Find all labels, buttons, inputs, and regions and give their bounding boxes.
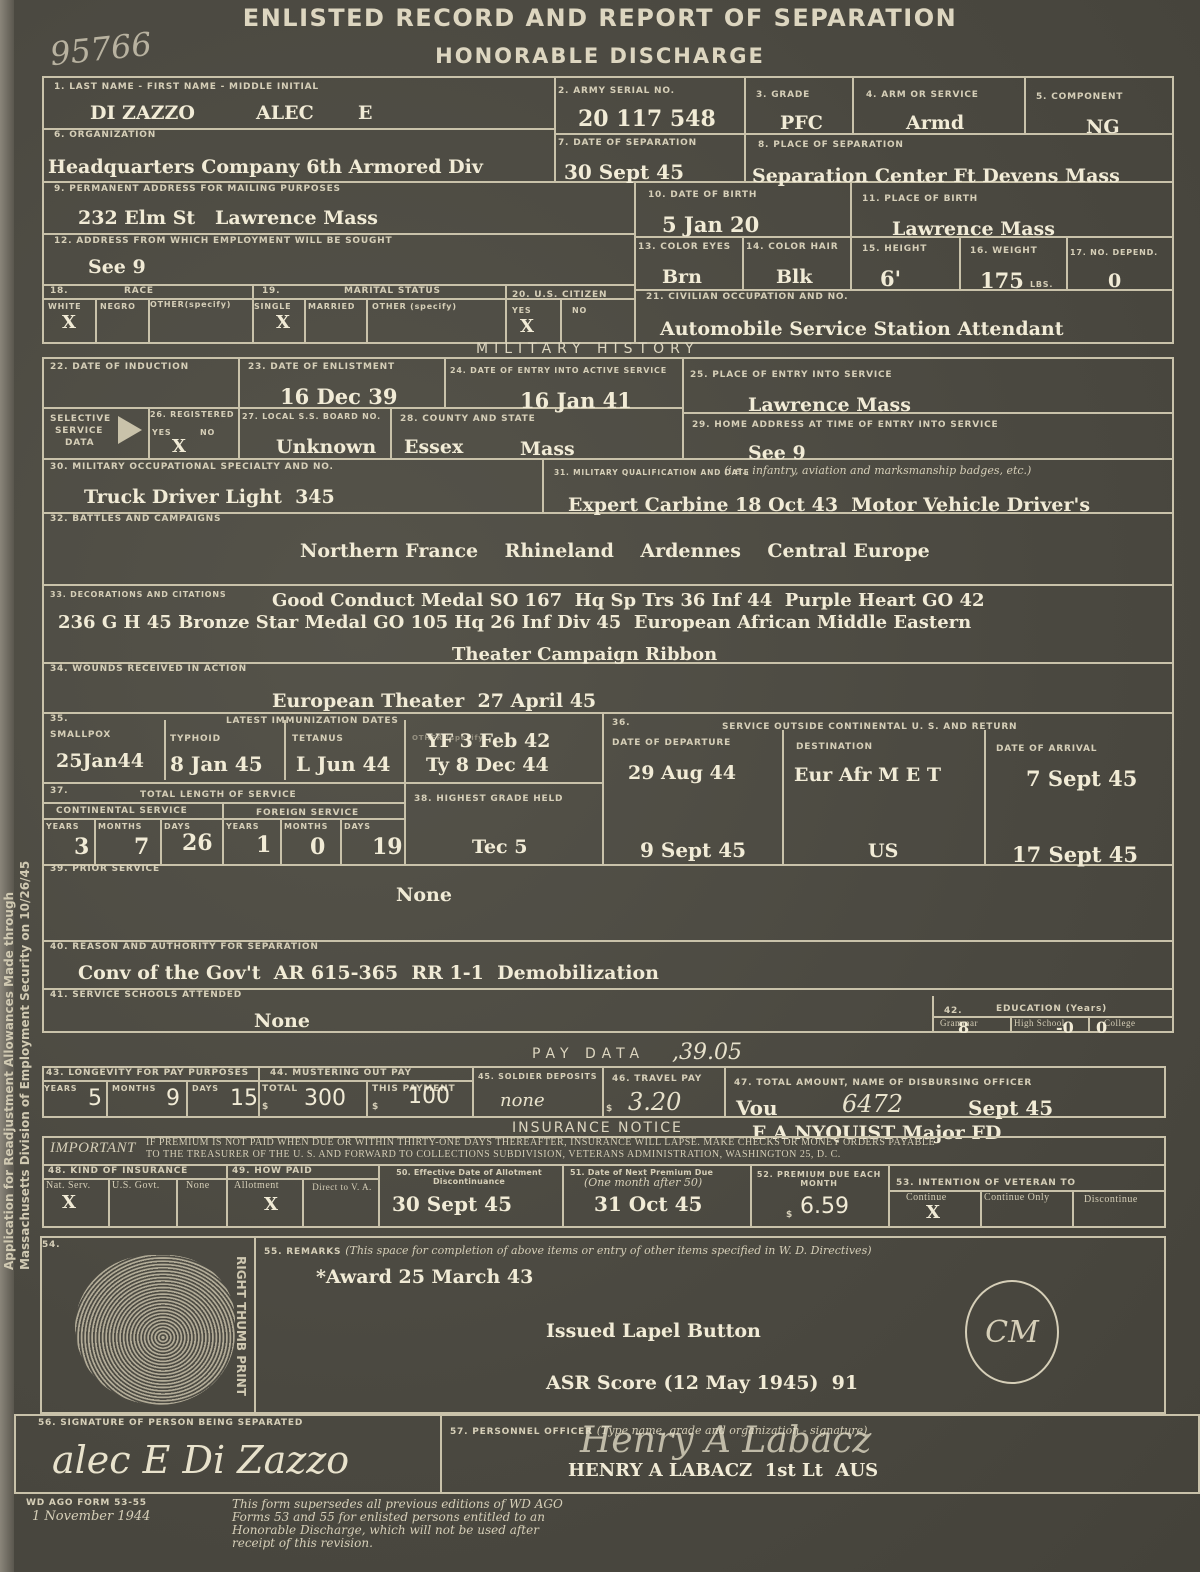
date-of-birth: 5 Jan 20 xyxy=(662,212,759,237)
typhoid-date: 8 Jan 45 xyxy=(170,752,263,776)
remark-asr-score: ASR Score (12 May 1945) 91 xyxy=(546,1372,858,1394)
eye-color: Brn xyxy=(662,266,702,288)
decorations-line-1: Good Conduct Medal SO 167 Hq Sp Trs 36 I… xyxy=(272,590,985,611)
height: 6' xyxy=(880,266,901,291)
destination-1: Eur Afr M E T xyxy=(794,764,941,786)
label-employment-address: 12. ADDRESS FROM WHICH EMPLOYMENT WILL B… xyxy=(54,236,392,246)
label-longevity: 43. LONGEVITY FOR PAY PURPOSES xyxy=(46,1068,249,1078)
departure-1: 29 Aug 44 xyxy=(628,762,736,784)
label-battles: 32. BATTLES AND CAMPAIGNS xyxy=(50,514,221,524)
registered-yes: YES xyxy=(152,428,171,437)
kind-us-govt: U.S. Govt. xyxy=(112,1180,160,1191)
label-arrival: DATE OF ARRIVAL xyxy=(996,744,1097,754)
currency-payment: $ xyxy=(372,1102,379,1112)
label-serial: 2. ARMY SERIAL NO. xyxy=(558,86,675,96)
highest-grade: Tec 5 xyxy=(472,836,527,858)
label-pob: 11. PLACE OF BIRTH xyxy=(862,194,978,204)
label-soldier-signature: 56. SIGNATURE OF PERSON BEING SEPARATED xyxy=(38,1418,303,1428)
label-smallpox: SMALLPOX xyxy=(50,730,111,740)
battles: Northern France Rhineland Ardennes Centr… xyxy=(300,540,930,562)
travel-pay: 3.20 xyxy=(628,1088,681,1116)
longevity-years-label: YEARS xyxy=(44,1084,77,1093)
label-arm: 4. ARM OR SERVICE xyxy=(866,90,979,100)
date-enlistment: 16 Dec 39 xyxy=(280,384,397,409)
label-dob: 10. DATE OF BIRTH xyxy=(648,190,757,200)
label-typhoid: TYPHOID xyxy=(170,734,221,744)
paper-edge xyxy=(0,0,14,1572)
label-weight: 16. WEIGHT xyxy=(970,246,1038,256)
kind-nat-serv: Nat. Serv. xyxy=(46,1180,91,1191)
label-premium: 52. PREMIUM DUE EACH MONTH xyxy=(756,1170,882,1188)
label-thumb: RIGHT THUMB PRINT xyxy=(234,1256,248,1396)
for-months: 0 xyxy=(310,834,325,860)
marital-other: OTHER (specify) xyxy=(372,302,457,311)
label-highest-grade: 38. HIGHEST GRADE HELD xyxy=(414,794,563,804)
first-name: ALEC xyxy=(256,102,314,124)
label-enlistment: 23. DATE OF ENLISTMENT xyxy=(248,362,395,372)
voucher-prefix: Vou xyxy=(736,1096,778,1120)
place-of-birth: Lawrence Mass xyxy=(892,218,1055,240)
label-dependents: 17. NO. DEPEND. xyxy=(1070,248,1158,257)
label-travel-pay: 46. TRAVEL PAY xyxy=(612,1074,702,1084)
other-immun-1: YF 3 Feb 42 xyxy=(426,730,550,752)
kind-none: None xyxy=(186,1180,210,1191)
cont-years-label: YEARS xyxy=(46,822,79,831)
label-race-no: 18. xyxy=(50,286,68,296)
label-county-state: 28. COUNTY AND STATE xyxy=(400,414,536,424)
prior-service: None xyxy=(396,884,452,906)
for-months-label: MONTHS xyxy=(284,822,328,831)
supersedes-notice: This form supersedes all previous editio… xyxy=(232,1498,572,1550)
dependents: 0 xyxy=(1108,270,1121,292)
next-premium-date: 31 Oct 45 xyxy=(594,1192,702,1216)
label-height: 15. HEIGHT xyxy=(862,244,927,254)
date-separation: 30 Sept 45 xyxy=(564,160,684,184)
intent-continue-only: Continue Only xyxy=(984,1192,1050,1203)
longevity-months-label: MONTHS xyxy=(112,1084,156,1093)
arm-service: Armd xyxy=(906,112,964,134)
departure-2: 9 Sept 45 xyxy=(640,838,746,862)
organization: Headquarters Company 6th Armored Div xyxy=(48,156,483,178)
form-date: 1 November 1944 xyxy=(32,1510,150,1523)
label-total-amount: 47. TOTAL AMOUNT, NAME OF DISBURSING OFF… xyxy=(734,1078,1032,1088)
label-component: 5. COMPONENT xyxy=(1036,92,1123,102)
marital-single: SINGLE xyxy=(254,302,291,311)
longevity-days: 15 xyxy=(230,1086,258,1111)
label-total: TOTAL xyxy=(262,1084,298,1094)
separation-reason: Conv of the Gov't AR 615-365 RR 1-1 Demo… xyxy=(78,962,659,984)
civilian-occupation: Automobile Service Station Attendant xyxy=(660,318,1064,340)
remark-award: *Award 25 March 43 xyxy=(316,1266,533,1288)
remark-lapel-button: Issued Lapel Button xyxy=(546,1320,761,1342)
label-insurance-kind: 48. KIND OF INSURANCE xyxy=(48,1166,188,1176)
label-immunization-no: 35. xyxy=(50,714,68,724)
longevity-years: 5 xyxy=(88,1086,102,1111)
label-decorations: 33. DECORATIONS AND CITATIONS xyxy=(50,590,226,599)
allotment-discontinuance: 30 Sept 45 xyxy=(392,1192,512,1216)
premium-amount: 6.59 xyxy=(800,1194,849,1219)
label-place-separation: 8. PLACE OF SEPARATION xyxy=(758,140,904,150)
voucher-no: 6472 xyxy=(842,1090,903,1118)
label-active-entry: 24. DATE OF ENTRY INTO ACTIVE SERVICE xyxy=(450,366,667,375)
label-race: RACE xyxy=(124,286,154,296)
label-education: EDUCATION (Years) xyxy=(996,1004,1107,1014)
label-reason: 40. REASON AND AUTHORITY FOR SEPARATION xyxy=(50,942,319,952)
label-overseas: SERVICE OUTSIDE CONTINENTAL U. S. AND RE… xyxy=(722,722,1017,732)
selective-service-label-3: DATA xyxy=(65,438,94,448)
label-intention: 53. INTENTION OF VETERAN TO xyxy=(896,1178,1076,1188)
race-white: WHITE xyxy=(48,302,81,311)
label-marital: MARITAL STATUS xyxy=(344,286,441,296)
label-citizen: 20. U.S. CITIZEN xyxy=(512,290,607,300)
notice-line-2: TO THE TREASURER OF THE U. S. AND FORWAR… xyxy=(146,1149,841,1160)
label-registered: 26. REGISTERED xyxy=(150,410,234,419)
label-home-entry: 29. HOME ADDRESS AT TIME OF ENTRY INTO S… xyxy=(692,420,999,430)
cm-seal-stamp: CM xyxy=(965,1280,1059,1384)
smallpox-date: 25Jan44 xyxy=(56,750,144,772)
label-allot-disc: 50. Effective Date of Allotment Disconti… xyxy=(384,1168,554,1186)
label-address: 9. PERMANENT ADDRESS FOR MAILING PURPOSE… xyxy=(54,184,341,194)
service-schools: None xyxy=(254,1010,310,1032)
citizen-no: NO xyxy=(572,306,587,315)
home-entry: See 9 xyxy=(748,442,806,464)
arrival-2: 17 Sept 45 xyxy=(1012,842,1138,867)
label-induction: 22. DATE OF INDUCTION xyxy=(50,362,189,372)
label-wounds: 34. WOUNDS RECEIVED IN ACTION xyxy=(50,664,247,674)
label-eyes: 13. COLOR EYES xyxy=(638,242,731,252)
paid-mark: X xyxy=(264,1194,278,1215)
place-separation: Separation Center Ft Devens Mass xyxy=(752,165,1120,187)
selective-service-label-2: SERVICE xyxy=(55,426,103,436)
label-how-paid: 49. HOW PAID xyxy=(232,1166,312,1176)
serial-no: 20 117 548 xyxy=(578,106,716,132)
cont-months-label: MONTHS xyxy=(98,822,142,831)
employment-address: See 9 xyxy=(88,256,146,278)
longevity-months: 9 xyxy=(166,1086,180,1111)
label-tetanus: TETANUS xyxy=(292,734,344,744)
important-label: IMPORTANT xyxy=(50,1140,136,1157)
label-place-entry: 25. PLACE OF ENTRY INTO SERVICE xyxy=(690,370,892,380)
other-immun-2: Ty 8 Dec 44 xyxy=(426,754,549,776)
form-number: WD AGO FORM 53-55 xyxy=(26,1498,147,1508)
section-insurance-notice: INSURANCE NOTICE xyxy=(512,1120,683,1136)
decorations-line-3: Theater Campaign Ribbon xyxy=(452,644,717,665)
mustering-this-payment: 100 xyxy=(408,1084,450,1109)
mustering-total: 300 xyxy=(304,1086,346,1111)
mos: Truck Driver Light 345 xyxy=(84,486,335,508)
label-deposits: 45. SOLDIER DEPOSITS xyxy=(478,1072,597,1081)
registered-no: NO xyxy=(200,428,215,437)
marital-married: MARRIED xyxy=(308,302,355,311)
currency-premium: $ xyxy=(786,1210,793,1220)
label-service-length: TOTAL LENGTH OF SERVICE xyxy=(140,790,296,800)
label-college: College xyxy=(1104,1018,1136,1028)
cont-years: 3 xyxy=(74,834,89,860)
discharge-document: ENLISTED RECORD AND REPORT OF SEPARATION… xyxy=(0,0,1200,1572)
section-military-history: MILITARY HISTORY xyxy=(476,341,700,357)
label-date-separation: 7. DATE OF SEPARATION xyxy=(558,138,697,148)
label-overseas-no: 36. xyxy=(612,718,630,728)
label-marital-no: 19. xyxy=(262,286,280,296)
label-foreign: FOREIGN SERVICE xyxy=(256,808,359,818)
wounds: European Theater 27 April 45 xyxy=(272,690,596,712)
paid-allotment: Allotment xyxy=(234,1180,279,1191)
place-entry: Lawrence Mass xyxy=(748,394,911,416)
decorations-line-2: 236 G H 45 Bronze Star Medal GO 105 Hq 2… xyxy=(58,612,971,633)
citizen-mark: X xyxy=(520,316,534,337)
paid-direct: Direct to V. A. xyxy=(310,1182,374,1192)
label-prior-service: 39. PRIOR SERVICE xyxy=(50,864,160,874)
component: NG xyxy=(1086,116,1120,138)
weight: 175 xyxy=(980,268,1024,293)
for-years: 1 xyxy=(256,832,271,858)
race-negro: NEGRO xyxy=(100,302,136,311)
state: Mass xyxy=(520,438,575,460)
officer-typed-name: HENRY A LABACZ 1st Lt AUS xyxy=(568,1460,878,1481)
label-grade: 3. GRADE xyxy=(756,90,810,100)
notice-line-1: IF PREMIUM IS NOT PAID WHEN DUE OR WITHI… xyxy=(146,1137,935,1148)
label-schools: 41. SERVICE SCHOOLS ATTENDED xyxy=(50,990,242,1000)
middle-initial: E xyxy=(358,102,372,124)
board-no: Unknown xyxy=(276,436,376,458)
cont-months: 7 xyxy=(134,834,149,860)
intent-discontinue: Discontinue xyxy=(1084,1194,1138,1205)
currency-total: $ xyxy=(262,1102,269,1112)
kind-mark: X xyxy=(62,1192,76,1213)
selective-service-label-1: SELECTIVE xyxy=(50,414,111,424)
for-years-label: YEARS xyxy=(226,822,259,831)
arrow-right-icon xyxy=(118,416,142,444)
date-active-entry: 16 Jan 41 xyxy=(520,388,632,413)
label-service-length-no: 37. xyxy=(50,786,68,796)
tetanus-date: L Jun 44 xyxy=(296,752,390,776)
label-mos: 30. MILITARY OCCUPATIONAL SPECIALTY AND … xyxy=(50,462,334,472)
for-days-label: DAYS xyxy=(344,822,371,831)
label-civilian-occupation: 21. CIVILIAN OCCUPATION AND NO. xyxy=(646,292,848,302)
education-high-school: -0 xyxy=(1056,1018,1074,1037)
education-college: 0 xyxy=(1096,1018,1107,1037)
voucher-date: Sept 45 xyxy=(968,1096,1053,1120)
handwritten-pay-total: ,39.05 xyxy=(672,1040,742,1065)
soldier-signature: alec E Di Zazzo xyxy=(52,1438,349,1482)
label-remarks: 55. REMARKS (This space for completion o… xyxy=(264,1244,872,1257)
grade: PFC xyxy=(780,112,823,134)
permanent-address: 232 Elm St Lawrence Mass xyxy=(78,207,378,229)
section-pay-data: PAY DATA xyxy=(532,1046,645,1062)
label-thumb-no: 54. xyxy=(42,1240,60,1250)
label-qualification: 31. MILITARY QUALIFICATION AND DATE xyxy=(554,468,750,477)
longevity-days-label: DAYS xyxy=(192,1084,219,1093)
label-destination: DESTINATION xyxy=(796,742,873,752)
label-continental: CONTINENTAL SERVICE xyxy=(56,806,188,816)
document-subtitle: HONORABLE DISCHARGE xyxy=(0,44,1200,68)
race-mark: X xyxy=(62,312,76,333)
next-premium-hint: (One month after 50) xyxy=(584,1176,702,1189)
citizen-yes: YES xyxy=(512,306,531,315)
destination-2: US xyxy=(868,840,898,862)
label-board-no: 27. LOCAL S.S. BOARD NO. xyxy=(242,412,381,421)
education-grammar: 8 xyxy=(958,1018,969,1037)
label-hair: 14. COLOR HAIR xyxy=(746,242,838,252)
county: Essex xyxy=(404,436,463,458)
last-name: DI ZAZZO xyxy=(90,102,195,124)
cont-days: 26 xyxy=(182,830,213,856)
label-mustering: 44. MUSTERING OUT PAY xyxy=(270,1068,412,1078)
hair-color: Blk xyxy=(776,266,812,288)
qualification: Expert Carbine 18 Oct 43 Motor Vehicle D… xyxy=(568,494,1090,516)
arrival-1: 7 Sept 45 xyxy=(1026,766,1137,791)
margin-stamp-line-1: Application for Readjustment Allowances … xyxy=(2,892,16,1270)
label-organization: 6. ORGANIZATION xyxy=(54,130,156,140)
qualification-hint: (i.e., infantry, aviation and marksmansh… xyxy=(724,464,1031,477)
currency-travel: $ xyxy=(606,1104,613,1114)
officer-signature: Henry A Labacz xyxy=(580,1420,871,1461)
document-title: ENLISTED RECORD AND REPORT OF SEPARATION xyxy=(0,4,1200,32)
race-other: OTHER(specify) xyxy=(150,300,231,309)
intent-mark: X xyxy=(926,1202,940,1223)
label-immunization: LATEST IMMUNIZATION DATES xyxy=(226,716,399,726)
registered-mark: X xyxy=(172,436,186,457)
label-name: 1. LAST NAME - FIRST NAME - MIDDLE INITI… xyxy=(54,82,319,92)
weight-unit: LBS. xyxy=(1030,280,1053,289)
marital-mark: X xyxy=(276,312,290,333)
label-departure: DATE OF DEPARTURE xyxy=(612,738,731,748)
for-days: 19 xyxy=(372,834,403,860)
soldier-deposits: none xyxy=(500,1090,545,1111)
label-education-no: 42. xyxy=(944,1006,962,1016)
margin-stamp-line-2: Massachusetts Division of Employment Sec… xyxy=(18,861,32,1270)
